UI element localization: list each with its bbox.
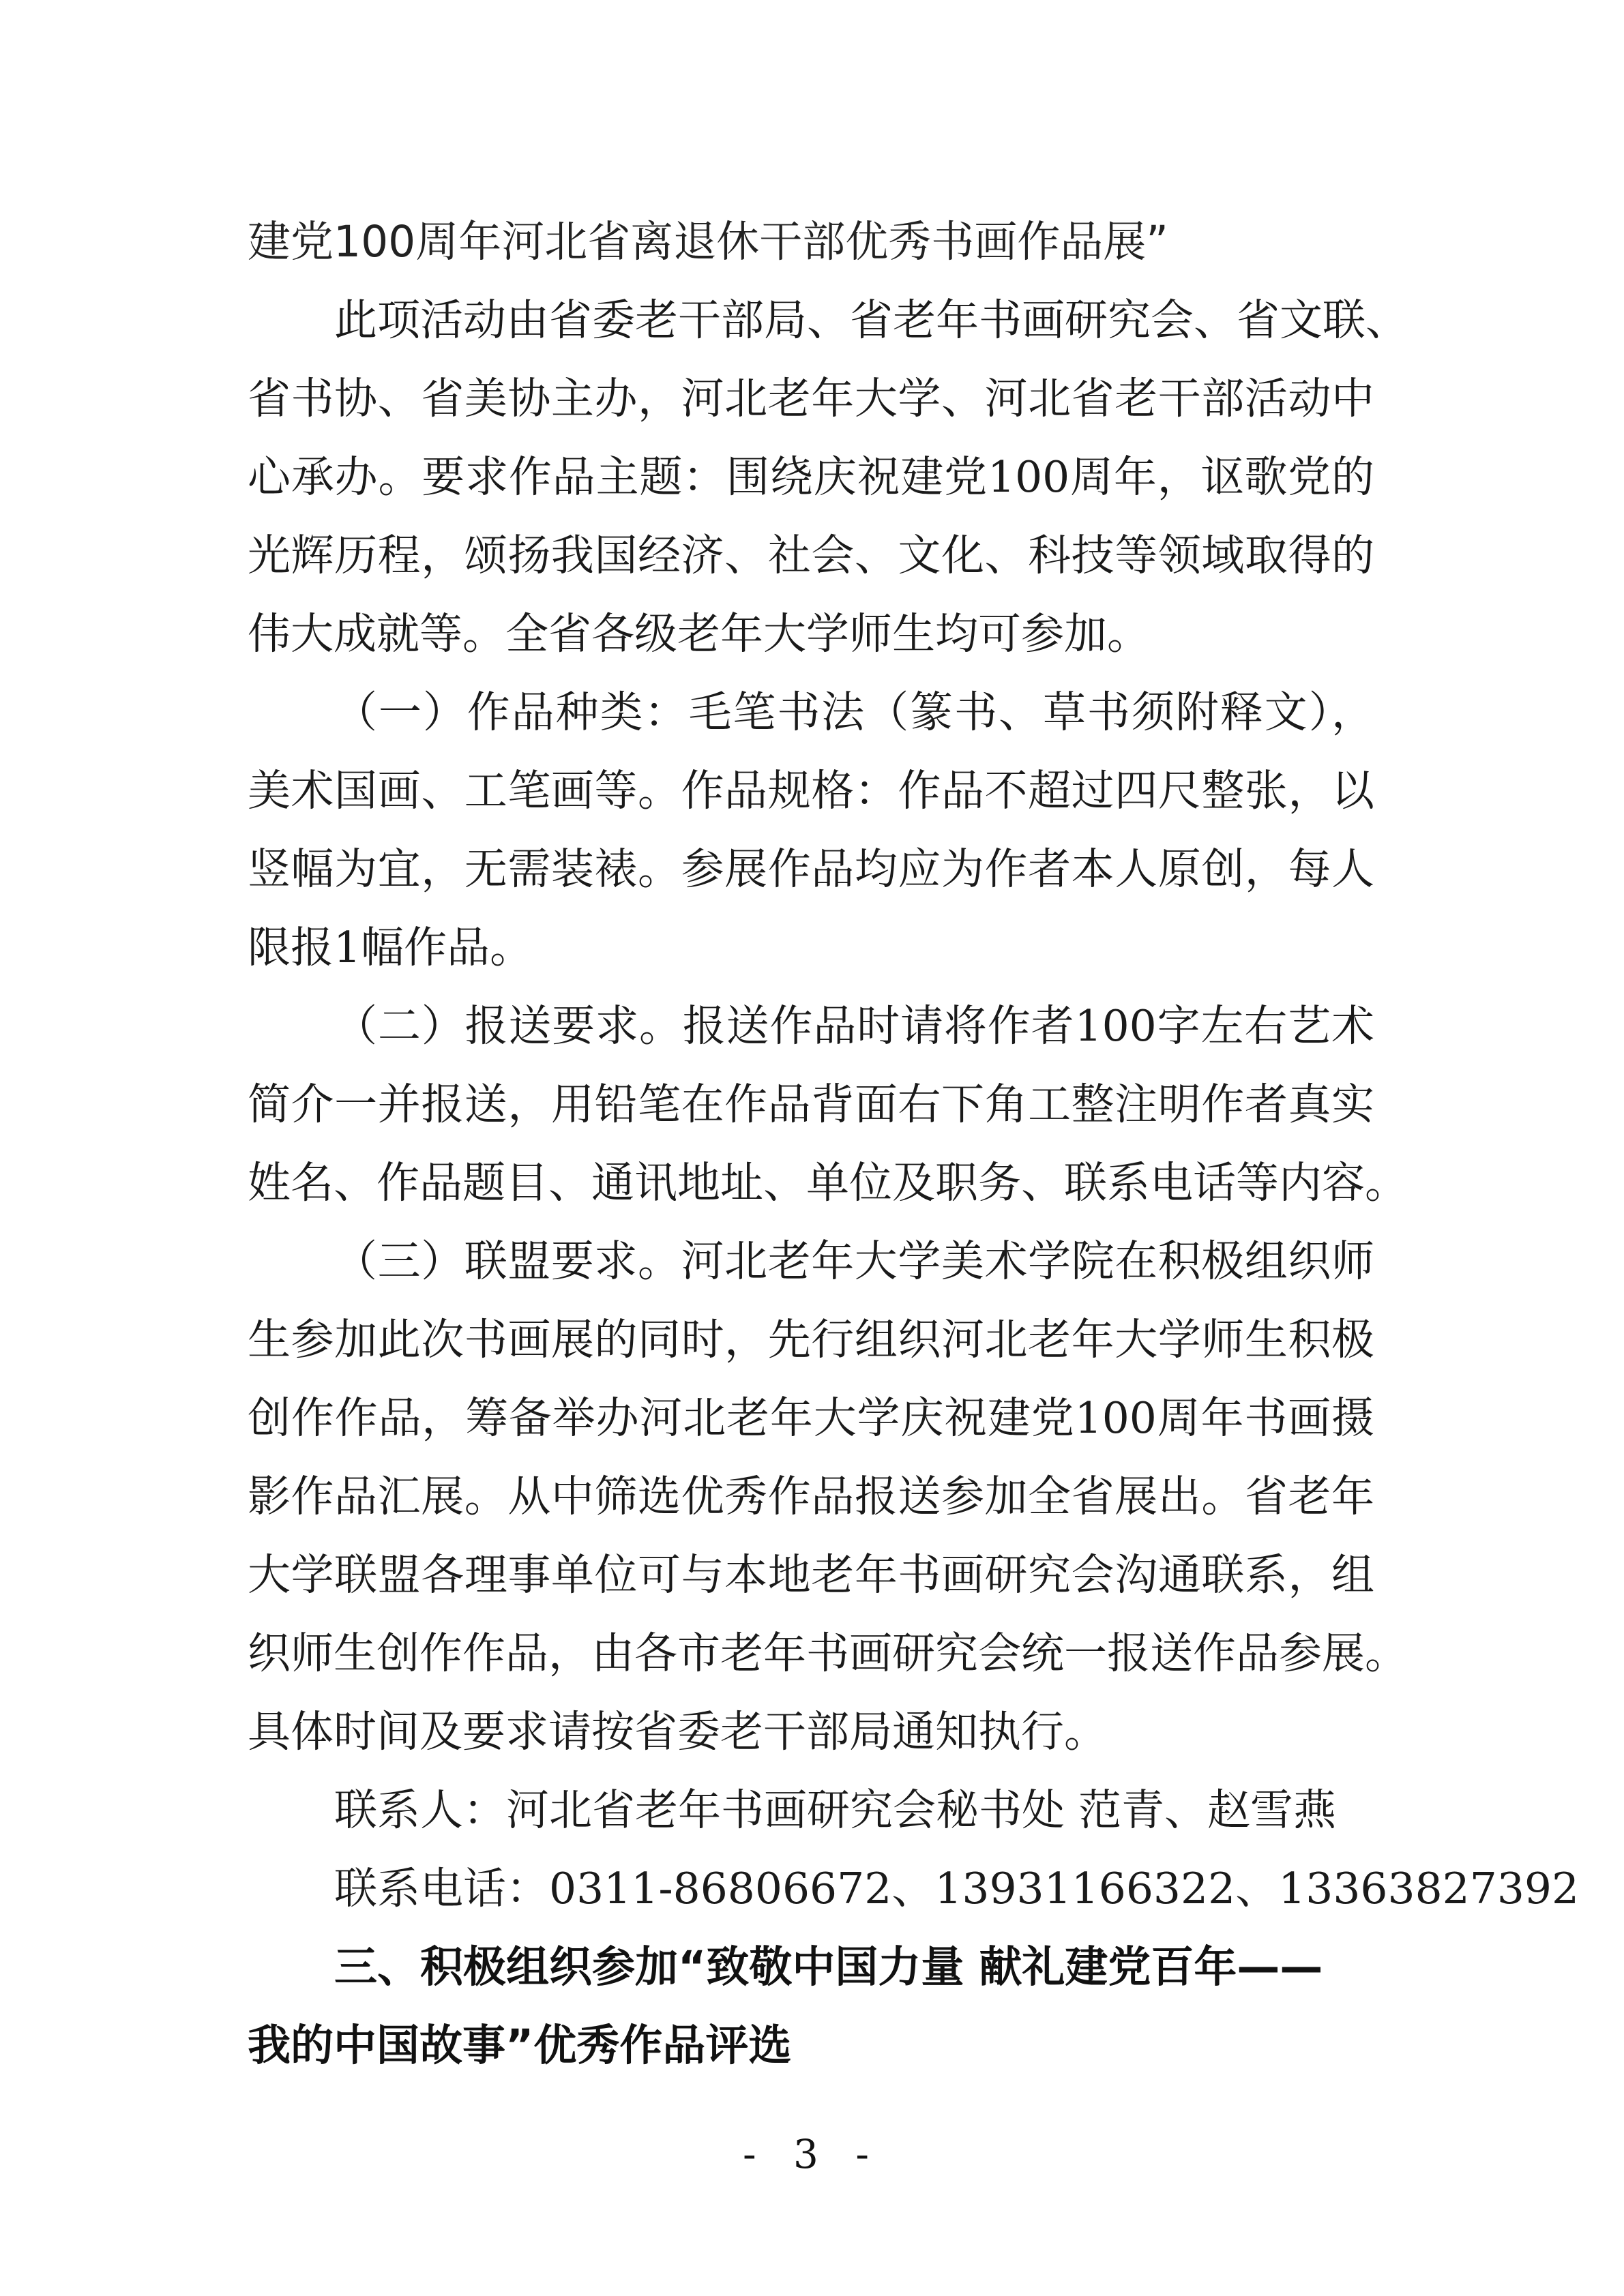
paragraph-intro-line-2: 省书协、省美协主办，河北老年大学、河北省老干部活动中 <box>248 372 1374 426</box>
section-3-line-1: （三）联盟要求。河北老年大学美术学院在积极组织师 <box>334 1234 1374 1289</box>
contact-phone: 联系电话：0311-86806672、13931166322、133638273… <box>334 1862 1374 1916</box>
paragraph-intro-line-3: 心承办。要求作品主题：围绕庆祝建党100周年，讴歌党的 <box>248 450 1374 505</box>
section-heading-3-line-1: 三、积极组织参加“致敬中国力量 献礼建党百年—— <box>334 1940 1374 1995</box>
document-page: 建党100周年河北省离退休干部优秀书画作品展” 此项活动由省委老干部局、省老年书… <box>0 0 1624 2296</box>
section-3-line-7: 具体时间及要求请按省委老干部局通知执行。 <box>248 1705 1374 1759</box>
section-2-line-3: 姓名、作品题目、通讯地址、单位及职务、联系电话等内容。 <box>248 1156 1374 1210</box>
paragraph-intro-line-4: 光辉历程，颂扬我国经济、社会、文化、科技等领域取得的 <box>248 528 1374 583</box>
section-2-line-2: 简介一并报送，用铅笔在作品背面右下角工整注明作者真实 <box>248 1077 1374 1132</box>
section-3-line-5: 大学联盟各理事单位可与本地老年书画研究会沟通联系，组 <box>248 1548 1374 1602</box>
section-1-line-3: 竖幅为宜，无需装裱。参展作品均应为作者本人原创，每人 <box>248 842 1374 897</box>
contact-person: 联系人：河北省老年书画研究会秘书处 范青、赵雪燕 <box>334 1783 1374 1838</box>
section-3-line-2: 生参加此次书画展的同时，先行组织河北老年大学师生积极 <box>248 1313 1374 1367</box>
section-heading-3-line-2: 我的中国故事”优秀作品评选 <box>248 2018 1374 2073</box>
section-1-line-2: 美术国画、工笔画等。作品规格：作品不超过四尺整张，以 <box>248 764 1374 818</box>
section-3-line-4: 影作品汇展。从中筛选优秀作品报送参加全省展出。省老年 <box>248 1470 1374 1524</box>
paragraph-intro-line-1: 此项活动由省委老干部局、省老年书画研究会、省文联、 <box>334 293 1374 348</box>
paragraph-intro-line-5: 伟大成就等。全省各级老年大学师生均可参加。 <box>248 607 1374 661</box>
section-3-line-6: 织师生创作作品，由各市老年书画研究会统一报送作品参展。 <box>248 1626 1374 1681</box>
section-3-line-3: 创作作品，筹备举办河北老年大学庆祝建党100周年书画摄 <box>248 1391 1374 1446</box>
section-1-line-4: 限报1幅作品。 <box>248 921 1374 975</box>
section-1-line-1: （一）作品种类：毛笔书法（篆书、草书须附释文）， <box>334 685 1374 740</box>
page-number: - 3 - <box>0 2131 1624 2177</box>
heading-continuation: 建党100周年河北省离退休干部优秀书画作品展” <box>248 215 1374 269</box>
section-2-line-1: （二）报送要求。报送作品时请将作者100字左右艺术 <box>334 999 1374 1054</box>
